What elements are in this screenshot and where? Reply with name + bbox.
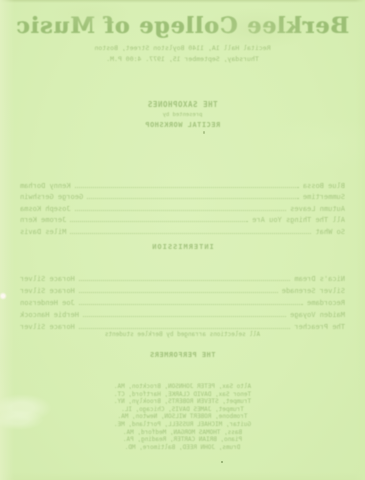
piece-title: So What [315,228,345,236]
piece-composer: Horace Silver [20,323,75,331]
dot-leader [70,233,311,234]
performers-list: Alto Sax, PETER JOHNSON, Brockton, MA. T… [0,383,365,451]
program-row: Recordame Joe Henderson [20,295,345,307]
event-heading-block: THE SAXOPHONES presented by RECITAL WORK… [0,100,365,129]
dot-leader [79,328,291,329]
program-row: Silver Serenade Horace Silver [20,283,345,295]
scanned-paper-page: Berklee College of Music Recital Hall 1A… [0,0,365,480]
piece-composer: Horace Silver [20,287,75,295]
performer-line: Tenor Sax, DAVID CLARKE, Hartford, CT. [0,391,365,399]
dot-leader [75,210,287,211]
credit-line: All selections arranged by Berklee stude… [0,331,365,338]
performer-line: Alto Sax, PETER JOHNSON, Brockton, MA. [0,383,365,391]
dot-leader [79,304,303,305]
piece-title: Maiden Voyage [290,311,345,319]
piece-composer: George Gershwin [20,193,83,201]
venue-line: Recital Hall 1A, 1140 Boylston Street, B… [0,43,365,54]
performer-line: Trumpet, JAMES DAVIS, Chicago, IL. [0,406,365,414]
piece-title: Recordame [307,299,345,307]
date-line: Thursday, September 15, 1977. 4:00 P.M. [0,54,365,65]
program-row: Summertime George Gershwin [20,190,345,202]
performer-line: Bass, THOMAS MORGAN, Medford, MA. [0,429,365,437]
piece-composer: Joe Henderson [20,299,75,307]
program-row: Blue Bossa Kenny Dorham [20,178,345,190]
piece-title: The Preacher [294,323,345,331]
piece-composer: Herbie Hancock [20,311,79,319]
paper-speck [221,461,223,463]
piece-composer: Miles Davis [20,228,66,236]
piece-title: Summertime [303,193,345,201]
piece-composer: Horace Silver [20,275,75,283]
program-row: The Preacher Horace Silver [20,319,345,331]
dot-leader [79,292,278,293]
event-subtitle: RECITAL WORKSHOP [0,121,365,129]
event-name: THE SAXOPHONES [0,100,365,109]
performer-line: Trombone, ROBERT WILSON, Newton, MA. [0,413,365,421]
program-row: Maiden Voyage Herbie Hancock [20,307,345,319]
piece-composer: Joseph Kosma [20,205,71,213]
venue-date-block: Recital Hall 1A, 1140 Boylston Street, B… [0,43,365,65]
document-title: Berklee College of Music [0,13,365,39]
piece-title: Autumn Leaves [290,205,345,213]
dot-leader [75,187,299,188]
program-set-2: Nica's Dream Horace Silver Silver Serena… [20,271,345,331]
paper-speck [203,131,205,134]
dot-leader [87,198,299,199]
mirrored-bleed-through-layer: Berklee College of Music Recital Hall 1A… [0,0,365,480]
program-row: So What Miles Davis [20,224,345,236]
piece-title: All The Things You Are [252,216,345,224]
event-byline: presented by [0,109,365,121]
dot-leader [83,316,286,317]
intermission-label: INTERMISSION [0,243,365,251]
piece-composer: Jerome Kern [20,216,66,224]
performer-line: Piano, BRIAN CARTER, Reading, PA. [0,436,365,444]
performer-line: Drums, JOHN REED, Baltimore, MD. [0,444,365,452]
program-row: All The Things You Are Jerome Kern [20,213,345,225]
program-row: Autumn Leaves Joseph Kosma [20,201,345,213]
dot-leader [70,221,248,222]
dot-leader [79,280,291,281]
performers-heading: THE PERFORMERS [0,351,365,359]
piece-title: Silver Serenade [282,287,345,295]
piece-title: Nica's Dream [294,275,345,283]
piece-title: Blue Bossa [303,182,345,190]
performer-line: Guitar, MICHAEL RUSSELL, Portland, ME. [0,421,365,429]
piece-composer: Kenny Dorham [20,182,71,190]
program-row: Nica's Dream Horace Silver [20,271,345,283]
program-set-1: Blue Bossa Kenny Dorham Summertime Georg… [20,178,345,236]
performer-line: Trumpet, STEVEN ROBERTS, Brooklyn, NY. [0,398,365,406]
